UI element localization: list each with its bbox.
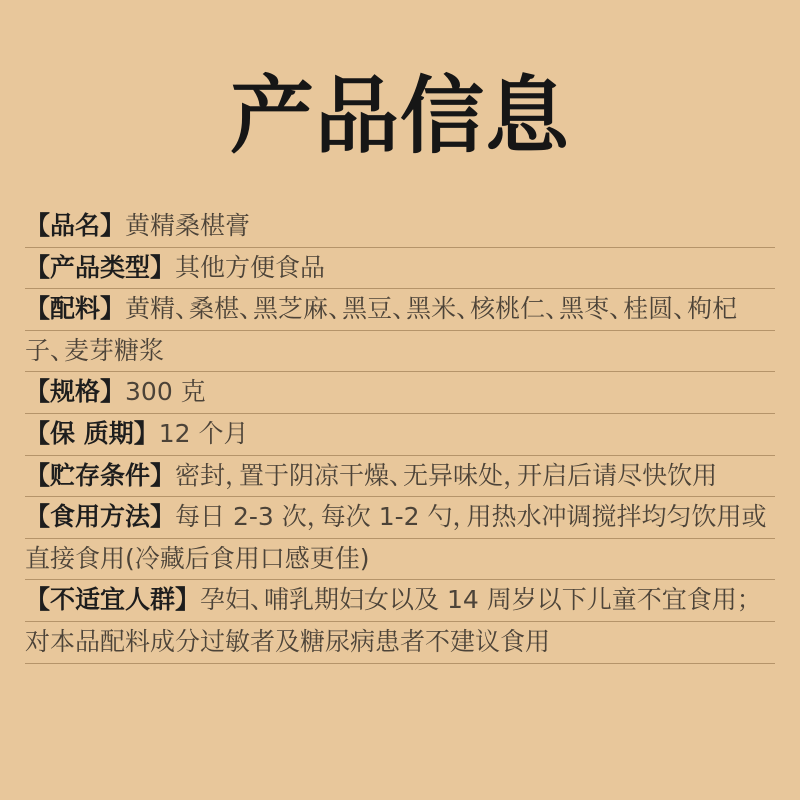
- info-row: 【产品类型】其他方便食品: [25, 248, 775, 290]
- info-row-value: 直接食用(冷藏后食用口感更佳): [25, 544, 370, 573]
- info-row: 子、麦芽糖浆: [25, 331, 775, 373]
- info-row-label: 【配料】: [25, 294, 125, 323]
- info-row-label: 【产品类型】: [25, 253, 175, 282]
- info-row: 对本品配料成分过敏者及糖尿病患者不建议食用: [25, 622, 775, 664]
- info-row-value: 12 个月: [159, 419, 249, 448]
- info-row: 【配料】黄精、桑椹、黑芝麻、黑豆、黑米、核桃仁、黑枣、桂圆、枸杞: [25, 289, 775, 331]
- product-info-table: 【品名】黄精桑椹膏 【产品类型】其他方便食品 【配料】黄精、桑椹、黑芝麻、黑豆、…: [25, 206, 775, 664]
- info-row: 【品名】黄精桑椹膏: [25, 206, 775, 248]
- info-row-value: 密封，置于阴凉干燥、无异味处，开启后请尽快饮用: [175, 461, 717, 490]
- info-row-label: 【食用方法】: [25, 502, 175, 531]
- info-row-value: 子、麦芽糖浆: [25, 336, 164, 365]
- info-row-label: 【贮存条件】: [25, 461, 175, 490]
- info-row: 【贮存条件】密封，置于阴凉干燥、无异味处，开启后请尽快饮用: [25, 456, 775, 498]
- info-row: 【规格】300 克: [25, 372, 775, 414]
- info-row-value: 每日 2-3 次，每次 1-2 勺，用热水冲调搅拌均匀饮用或: [175, 502, 766, 531]
- info-row: 【食用方法】每日 2-3 次，每次 1-2 勺，用热水冲调搅拌均匀饮用或: [25, 497, 775, 539]
- info-row-value: 对本品配料成分过敏者及糖尿病患者不建议食用: [25, 627, 550, 656]
- info-row-value: 300 克: [125, 377, 206, 406]
- info-row-label: 【品名】: [25, 211, 125, 240]
- info-row: 【不适宜人群】孕妇、哺乳期妇女以及 14 周岁以下儿童不宜食用；: [25, 580, 775, 622]
- page-title: 产品信息: [0, 56, 800, 176]
- info-row: 【保 质期】12 个月: [25, 414, 775, 456]
- info-row-value: 黄精、桑椹、黑芝麻、黑豆、黑米、核桃仁、黑枣、桂圆、枸杞: [125, 294, 737, 323]
- info-row-label: 【不适宜人群】: [25, 585, 200, 614]
- info-row-label: 【保 质期】: [25, 419, 159, 448]
- product-info-panel: 产品信息 【品名】黄精桑椹膏 【产品类型】其他方便食品 【配料】黄精、桑椹、黑芝…: [0, 0, 800, 800]
- info-row-value: 孕妇、哺乳期妇女以及 14 周岁以下儿童不宜食用；: [200, 585, 751, 614]
- info-row: 直接食用(冷藏后食用口感更佳): [25, 539, 775, 581]
- info-row-value: 其他方便食品: [175, 253, 325, 282]
- info-row-value: 黄精桑椹膏: [125, 211, 250, 240]
- info-row-label: 【规格】: [25, 377, 125, 406]
